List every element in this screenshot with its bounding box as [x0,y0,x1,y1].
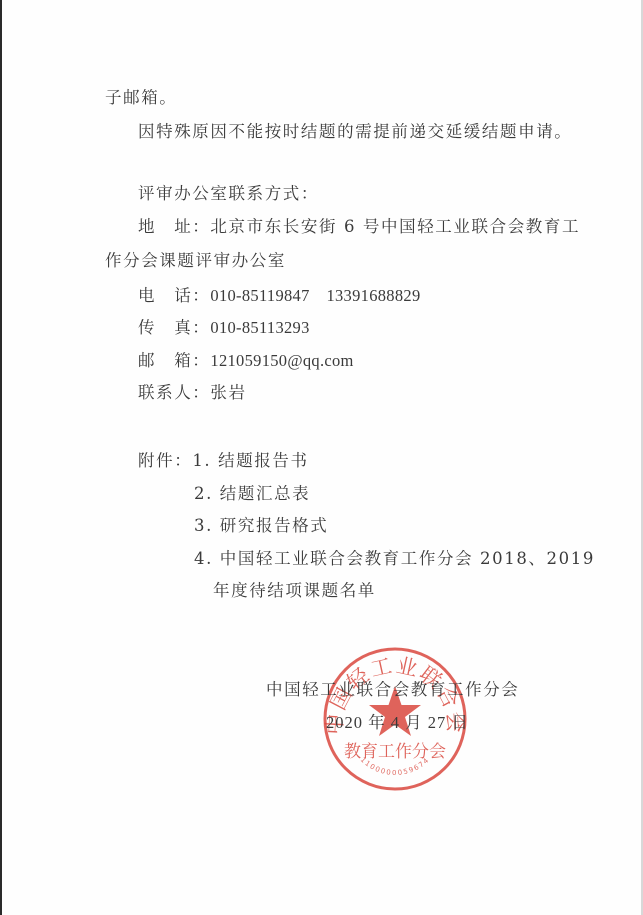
email-label: 邮 箱： [138,351,210,370]
svg-text:教育工作分会: 教育工作分会 [344,742,446,762]
attachment-item: 2. 结题汇总表 [194,484,310,504]
email-line: 邮 箱：121059150@qq.com [138,351,354,371]
contact-person-value: 张岩 [210,383,246,402]
fax-value: 010-85113293 [210,318,309,337]
phone-line: 电 话：010-85119847 13391688829 [138,286,421,306]
scanned-document-page: 子邮箱。 因特殊原因不能按时结题的需提前递交延缓结题申请。 评审办公室联系方式：… [0,0,643,915]
contact-person-line: 联系人：张岩 [138,383,247,403]
address-value: 北京市东长安街 6 号中国轻工业联合会教育工 [210,217,580,236]
signature-date: 2020 年 4 月 27 日 [326,713,469,733]
attachment-item: 3. 研究报告格式 [194,516,328,536]
attachment-item: 1. 结题报告书 [192,451,308,470]
phone-value: 010-85119847 13391688829 [210,286,420,305]
address-label: 地 址： [138,217,210,236]
address-line-1: 地 址：北京市东长安街 6 号中国轻工业联合会教育工 [138,217,580,237]
contact-person-label: 联系人： [138,383,210,402]
attachment-line-1: 附件：1. 结题报告书 [138,451,309,471]
attachment-item-continuation: 年度待结项课题名单 [213,581,376,601]
contact-heading: 评审办公室联系方式： [138,184,319,204]
paragraph-extension-note: 因特殊原因不能按时结题的需提前递交延缓结题申请。 [138,122,572,142]
attachment-item: 4. 中国轻工业联合会教育工作分会 2018、2019 [194,549,595,569]
paragraph-continuation: 子邮箱。 [105,88,177,108]
fax-line: 传 真：010-85113293 [138,318,310,338]
address-line-2: 作分会课题评审办公室 [105,251,286,271]
email-value: 121059150@qq.com [210,351,353,370]
signature-organization: 中国轻工业联合会教育工作分会 [266,680,519,700]
fax-label: 传 真： [138,318,210,337]
attachments-label: 附件： [138,451,192,470]
phone-label: 电 话： [138,286,210,305]
